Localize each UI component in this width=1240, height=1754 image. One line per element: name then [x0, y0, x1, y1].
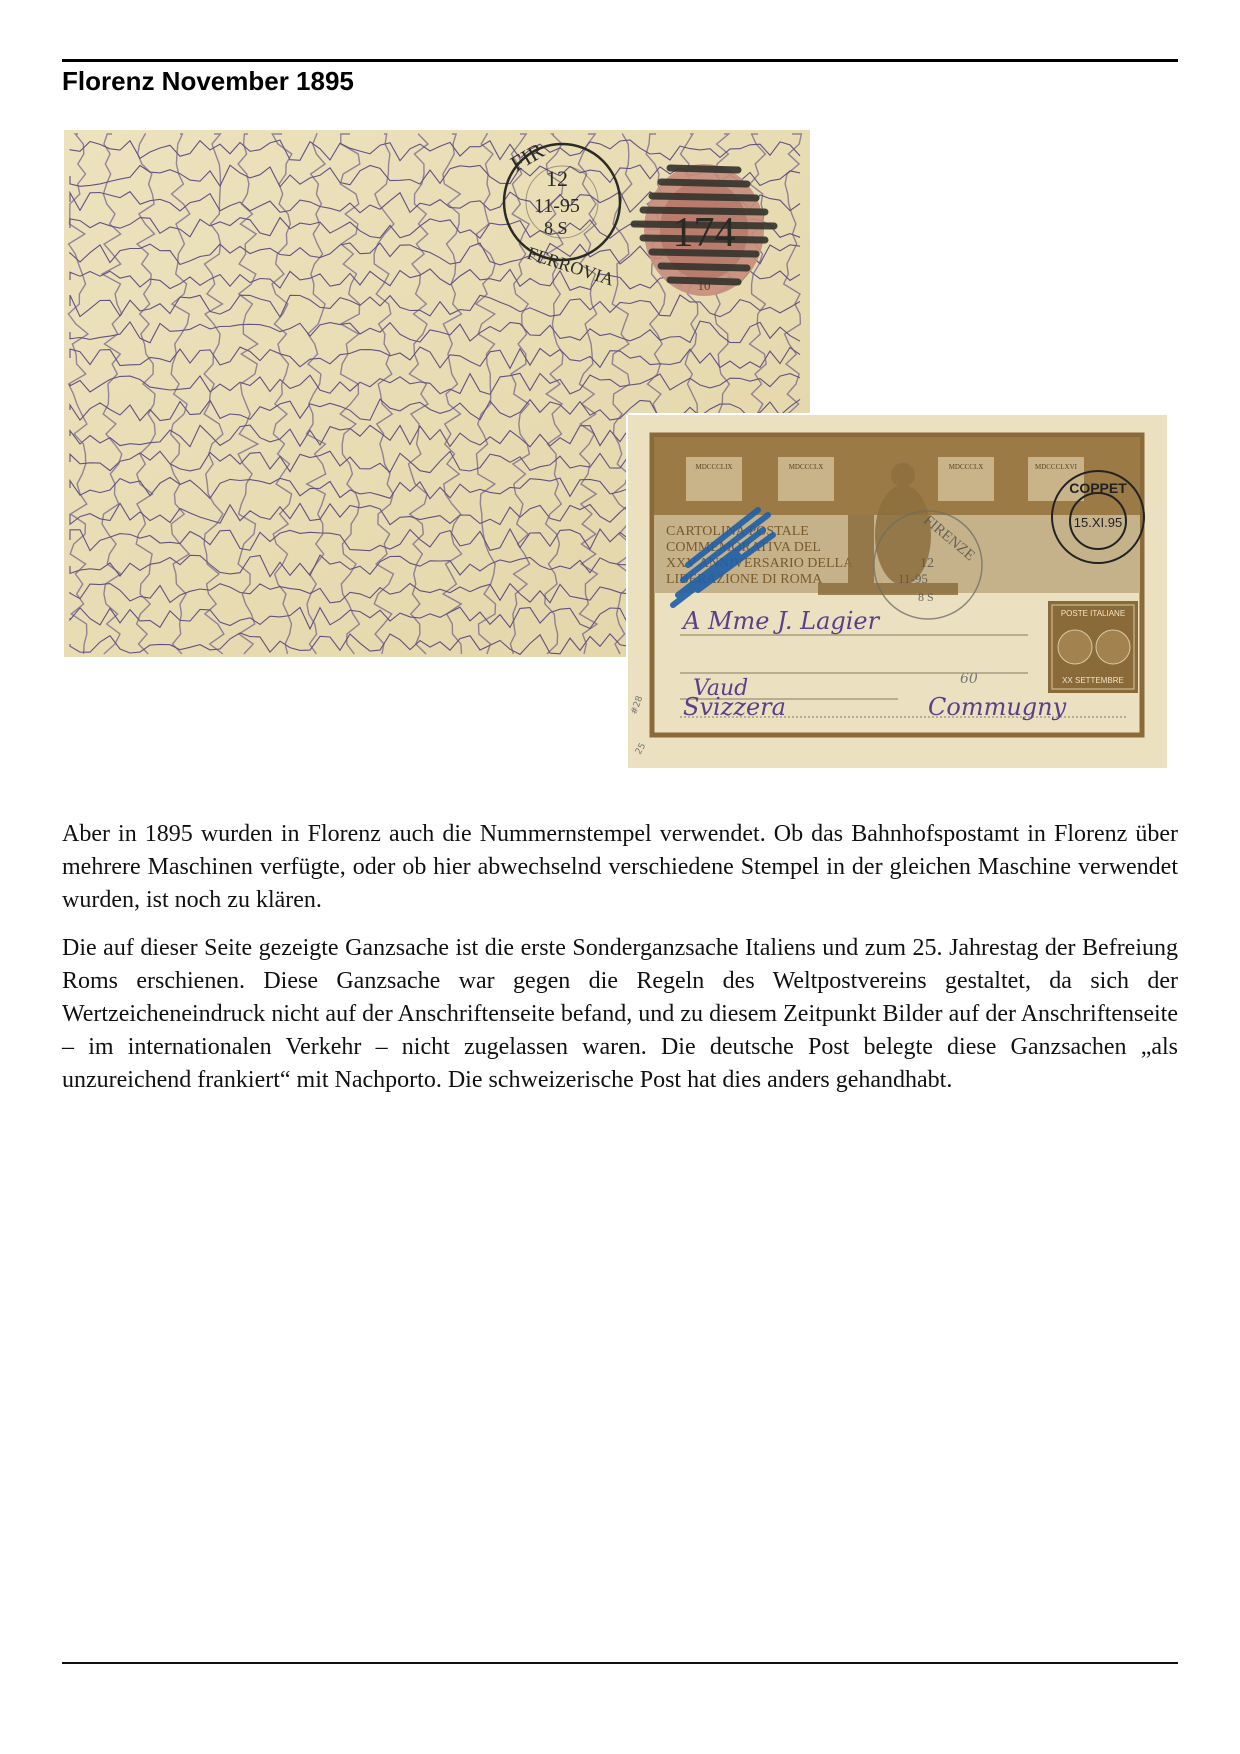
postcard-commemorative-graphic: MDCCCLIX MDCCCLX MDCCCLX MDCCCLXVI CARTO…	[628, 415, 1167, 768]
top-rule	[62, 59, 1178, 62]
svg-text:COPPET: COPPET	[1069, 480, 1127, 496]
svg-text:A Mme J. Lagier: A Mme J. Lagier	[681, 607, 881, 635]
svg-text:15.XI.95: 15.XI.95	[1074, 515, 1122, 530]
paragraph-2: Die auf dieser Seite gezeigte Ganzsache …	[62, 932, 1178, 1097]
svg-text:11-95: 11-95	[898, 571, 928, 586]
svg-text:MDCCCLXVI: MDCCCLXVI	[1035, 463, 1078, 471]
svg-text:Commugny: Commugny	[928, 693, 1067, 721]
svg-text:Svizzera: Svizzera	[683, 693, 786, 721]
svg-text:11-95: 11-95	[534, 195, 580, 217]
svg-text:12: 12	[920, 556, 934, 571]
numeral-cancel: 174	[673, 210, 736, 256]
page-title: Florenz November 1895	[62, 66, 354, 96]
postcard-commemorative-image: MDCCCLIX MDCCCLX MDCCCLX MDCCCLXVI CARTO…	[628, 415, 1167, 768]
paragraph-1: Aber in 1895 wurden in Florenz auch die …	[62, 818, 1178, 917]
svg-text:MDCCCLIX: MDCCCLIX	[696, 463, 733, 471]
svg-text:MDCCCLX: MDCCCLX	[789, 463, 824, 471]
svg-text:POSTE ITALIANE: POSTE ITALIANE	[1061, 609, 1125, 618]
svg-text:12: 12	[546, 166, 568, 191]
svg-text:8 S: 8 S	[918, 590, 934, 604]
body-text: Aber in 1895 wurden in Florenz auch die …	[62, 818, 1178, 1112]
svg-text:8 S: 8 S	[544, 218, 568, 238]
svg-text:60: 60	[960, 671, 978, 687]
bottom-rule	[62, 1662, 1178, 1664]
svg-text:MDCCCLX: MDCCCLX	[949, 463, 984, 471]
svg-text:XX SETTEMBRE: XX SETTEMBRE	[1062, 676, 1124, 685]
